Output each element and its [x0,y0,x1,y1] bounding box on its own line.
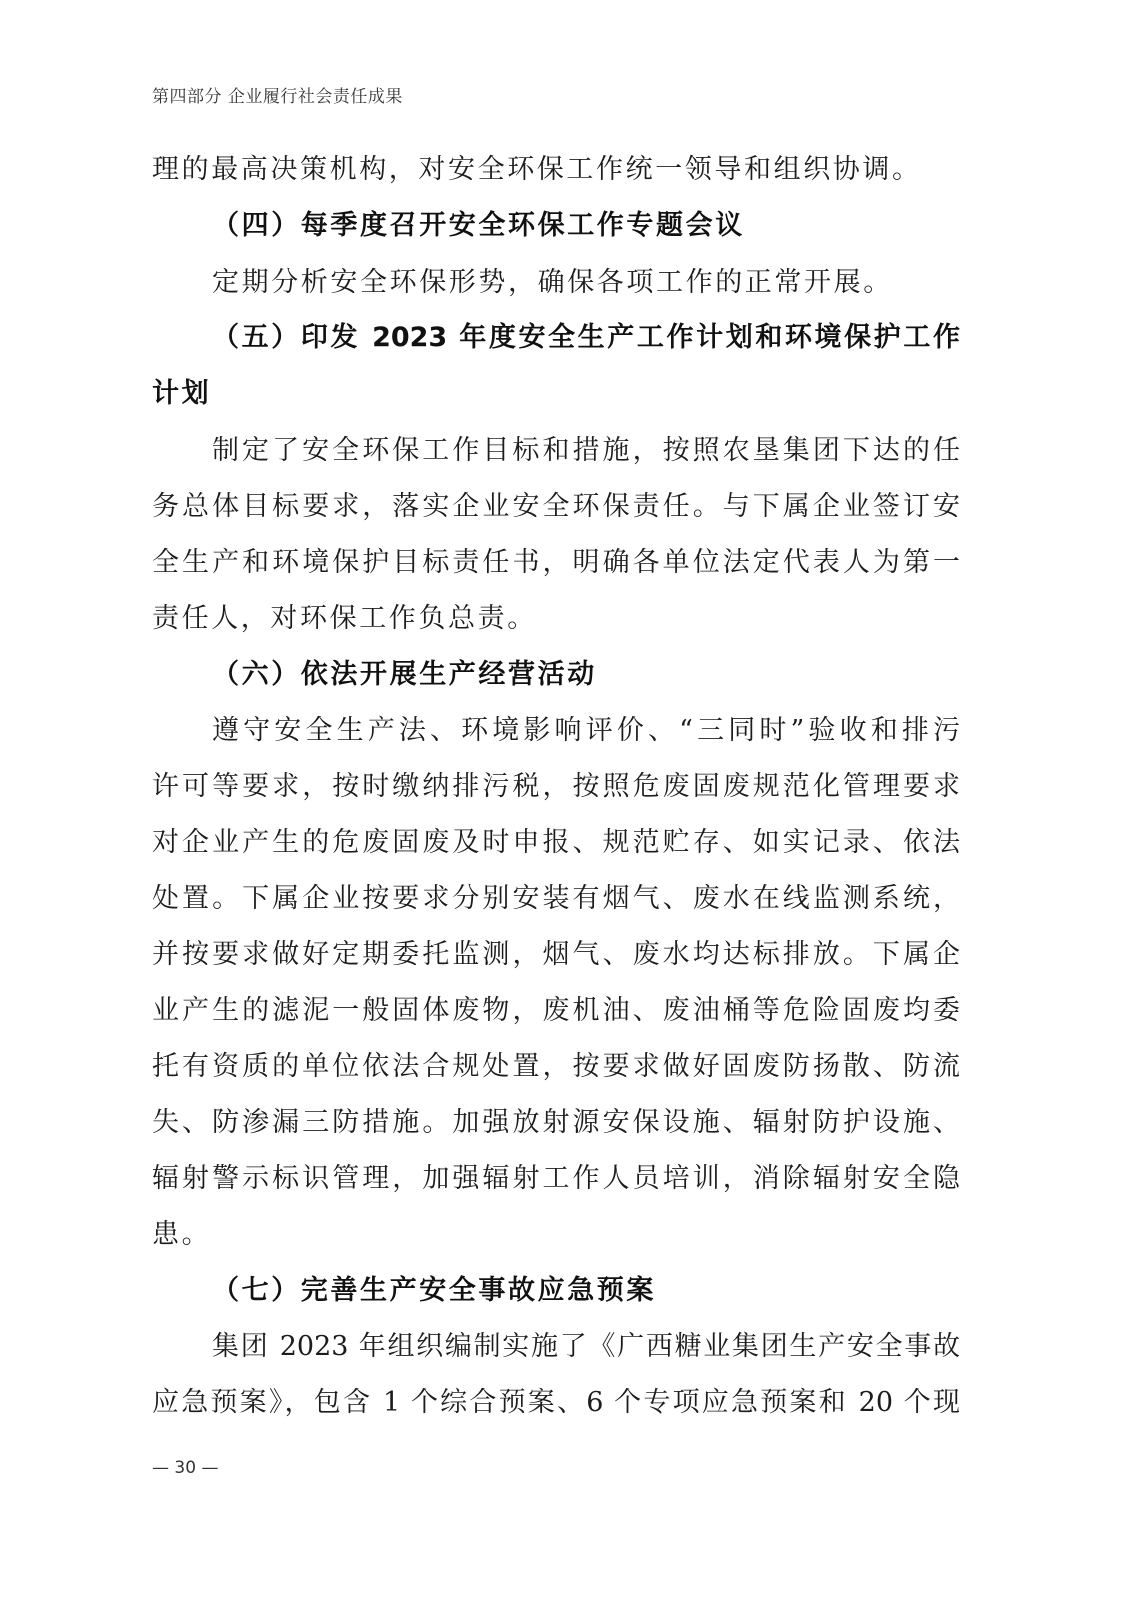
body-line: 理的最高决策机构，对安全环保工作统一领导和组织协调。 [152,150,960,190]
body-line: 定期分析安全环保形势，确保各项工作的正常开展。 [212,263,960,303]
body-line: 并按要求做好定期委托监测，烟气、废水均达标排放。下属企 [152,935,960,975]
body-line: 对企业产生的危废固废及时申报、规范贮存、如实记录、依法 [152,823,960,863]
body-line: 务总体目标要求，落实企业安全环保责任。与下属企业签订安 [152,487,960,527]
body-line: 失、防渗漏三防措施。加强放射源安保设施、辐射防护设施、 [152,1103,960,1143]
body-line: 全生产和环境保护目标责任书，明确各单位法定代表人为第一 [152,543,960,583]
body-line: 制定了安全环保工作目标和措施，按照农垦集团下达的任 [212,431,960,471]
body-line: 责任人，对环保工作负总责。 [152,599,960,639]
section-heading-4: （四）每季度召开安全环保工作专题会议 [212,206,960,246]
body-line: 托有资质的单位依法合规处置，按要求做好固废防扬散、防流 [152,1047,960,1087]
body-line: 处置。下属企业按要求分别安装有烟气、废水在线监测系统， [152,879,960,919]
section-heading-5: （五）印发 2023 年度安全生产工作计划和环境保护工作 [212,318,960,358]
section-heading-6: （六）依法开展生产经营活动 [212,655,960,695]
body-line: 应急预案》，包含 1 个综合预案、6 个专项应急预案和 20 个现 [152,1383,960,1423]
body-line: 许可等要求，按时缴纳排污税，按照危废固废规范化管理要求 [152,767,960,807]
body-line: 遵守安全生产法、环境影响评价、“三同时”验收和排污 [212,711,960,751]
body-line: 集团 2023 年组织编制实施了《广西糖业集团生产安全事故 [212,1327,960,1367]
section-heading-5-cont: 计划 [152,374,960,414]
page-number: — 30 — [152,1458,218,1478]
body-line: 业产生的滤泥一般固体废物，废机油、废油桶等危险固废均委 [152,991,960,1031]
running-header: 第四部分 企业履行社会责任成果 [152,82,403,107]
body-line: 辐射警示标识管理，加强辐射工作人员培训，消除辐射安全隐 [152,1159,960,1199]
section-heading-7: （七）完善生产安全事故应急预案 [212,1271,960,1311]
body-line: 患。 [152,1215,960,1255]
